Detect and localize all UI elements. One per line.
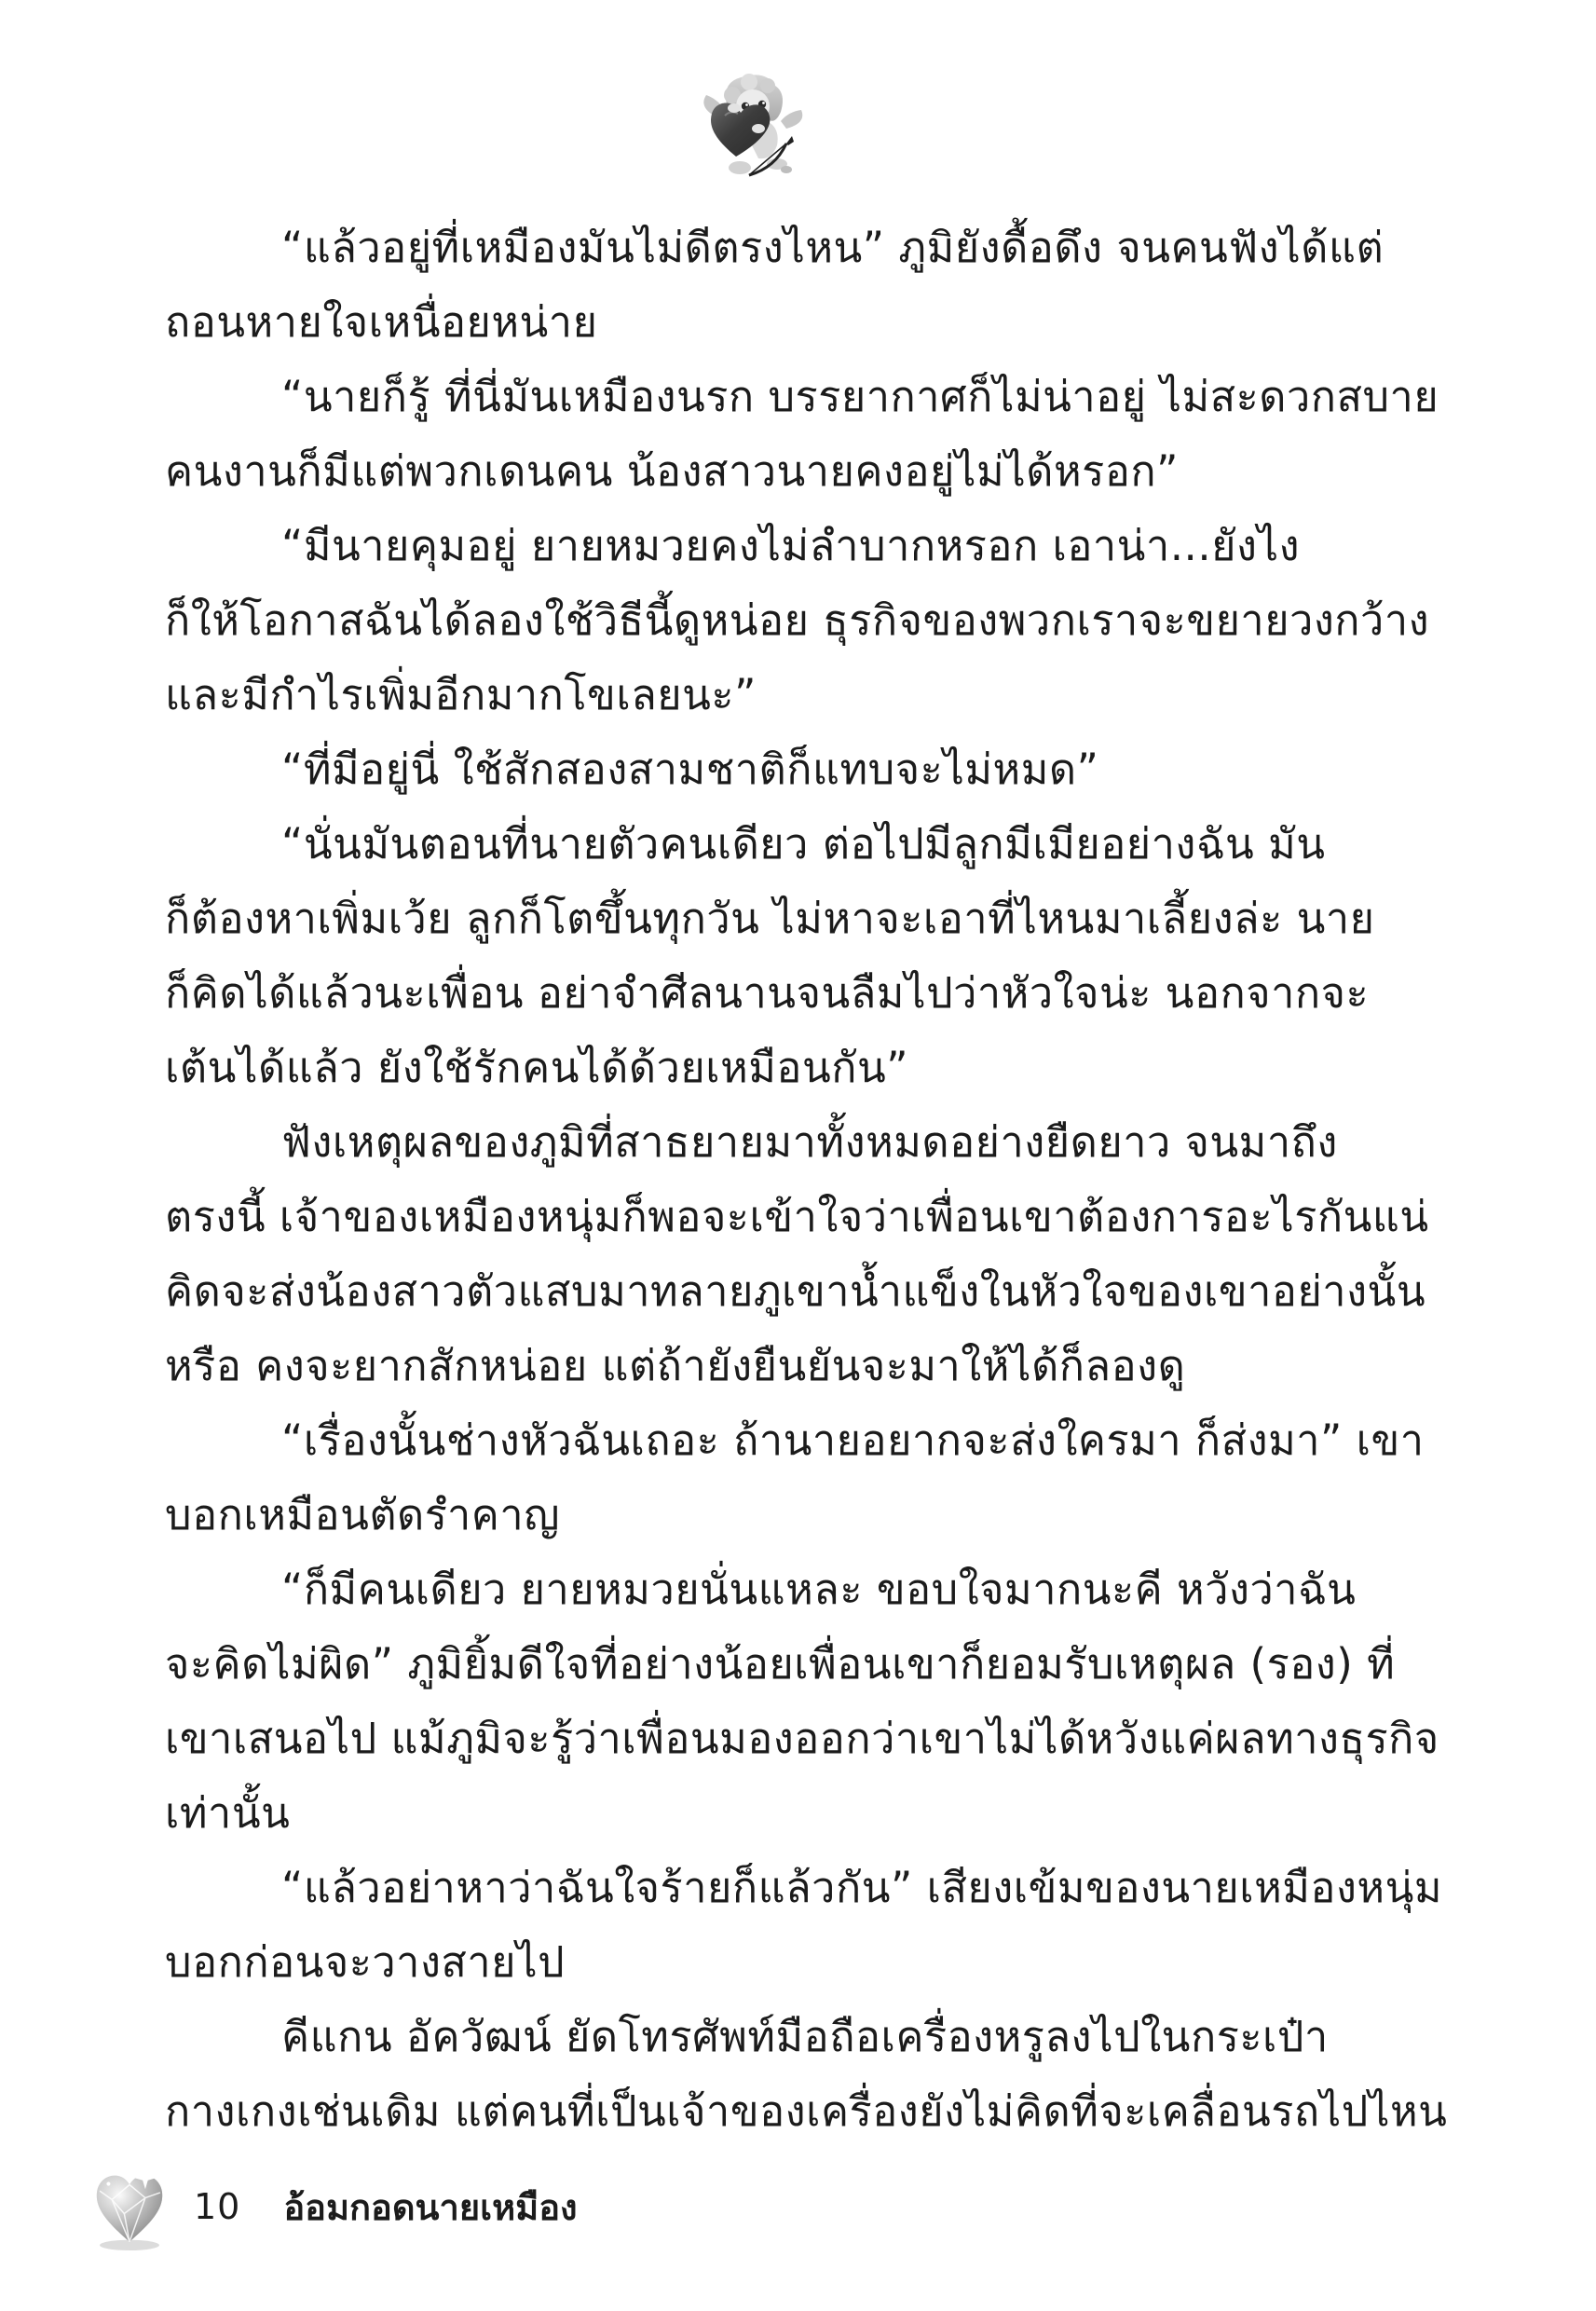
text-line: หรือ คงจะยากสักหน่อย แต่ถ้ายังยืนยันจะมา… (165, 1329, 1357, 1403)
crystal-heart-icon (86, 2161, 173, 2252)
text-line: “นั่นมันตอนที่นายตัวคนเดียว ต่อไปมีลูกมี… (165, 807, 1357, 882)
text-line: ฟังเหตุผลของภูมิที่สาธยายมาทั้งหมดอย่างย… (165, 1105, 1357, 1180)
text-line: ก็ต้องหาเพิ่มเว้ย ลูกก็โตขึ้นทุกวัน ไม่ห… (165, 882, 1357, 956)
text-line: กางเกงเช่นเดิม แต่คนที่เป็นเจ้าของเครื่อ… (165, 2074, 1357, 2149)
text-line: “ที่มีอยู่นี่ ใช้สักสองสามชาติก็แทบจะไม่… (165, 732, 1357, 807)
book-title: อ้อมกอดนายเหมือง (283, 2179, 577, 2236)
text-line: ถอนหายใจเหนื่อยหน่าย (165, 285, 1357, 360)
text-line: และมีกำไรเพิ่มอีกมากโขเลยนะ” (165, 658, 1357, 732)
text-line: เขาเสนอไป แม้ภูมิจะรู้ว่าเพื่อนมองออกว่า… (165, 1702, 1357, 1776)
text-line: “เรื่องนั้นช่างหัวฉันเถอะ ถ้านายอยากจะส่… (165, 1403, 1357, 1478)
text-line: ก็ให้โอกาสฉันได้ลองใช้วิธีนี้ดูหน่อย ธุร… (165, 583, 1357, 658)
text-line: บอกก่อนจะวางสายไป (165, 1925, 1357, 2000)
text-line: บอกเหมือนตัดรำคาญ (165, 1478, 1357, 1552)
page-number: 10 (194, 2186, 240, 2227)
text-line: “มีนายคุมอยู่ ยายหมวยคงไม่ลำบากหรอก เอาน… (165, 509, 1357, 583)
text-line: เท่านั้น (165, 1776, 1357, 1851)
book-page: “แล้วอยู่ที่เหมืองมันไม่ดีตรงไหน” ภูมิยั… (0, 0, 1596, 2311)
text-line: คิดจะส่งน้องสาวตัวแสบมาทลายภูเขาน้ำแข็งใ… (165, 1254, 1357, 1329)
text-line: คีแกน อัควัฒน์ ยัดโทรศัพท์มือถือเครื่องห… (165, 2000, 1357, 2074)
text-line: “แล้วอย่าหาว่าฉันใจร้ายก็แล้วกัน” เสียงเ… (165, 1851, 1357, 1925)
cupid-heart-icon (697, 71, 814, 186)
text-line: “ก็มีคนเดียว ยายหมวยนั่นแหละ ขอบใจมากนะค… (165, 1552, 1357, 1627)
text-line: จะคิดไม่ผิด” ภูมิยิ้มดีใจที่อย่างน้อยเพื… (165, 1627, 1357, 1702)
text-line: ตรงนี้ เจ้าของเหมืองหนุ่มก็พอจะเข้าใจว่า… (165, 1180, 1357, 1254)
text-line: “นายก็รู้ ที่นี่มันเหมืองนรก บรรยากาศก็ไ… (165, 360, 1357, 434)
text-line: คนงานก็มีแต่พวกเดนคน น้องสาวนายคงอยู่ไม่… (165, 434, 1357, 509)
text-line: เต้นได้แล้ว ยังใช้รักคนได้ด้วยเหมือนกัน” (165, 1031, 1357, 1105)
text-line: ก็คิดได้แล้วนะเพื่อน อย่าจำศีลนานจนลืมไป… (165, 956, 1357, 1031)
text-line: “แล้วอยู่ที่เหมืองมันไม่ดีตรงไหน” ภูมิยั… (165, 211, 1357, 285)
text-block: “แล้วอยู่ที่เหมืองมันไม่ดีตรงไหน” ภูมิยั… (165, 211, 1357, 2149)
footer: 10 อ้อมกอดนายเหมือง (86, 2160, 1017, 2253)
